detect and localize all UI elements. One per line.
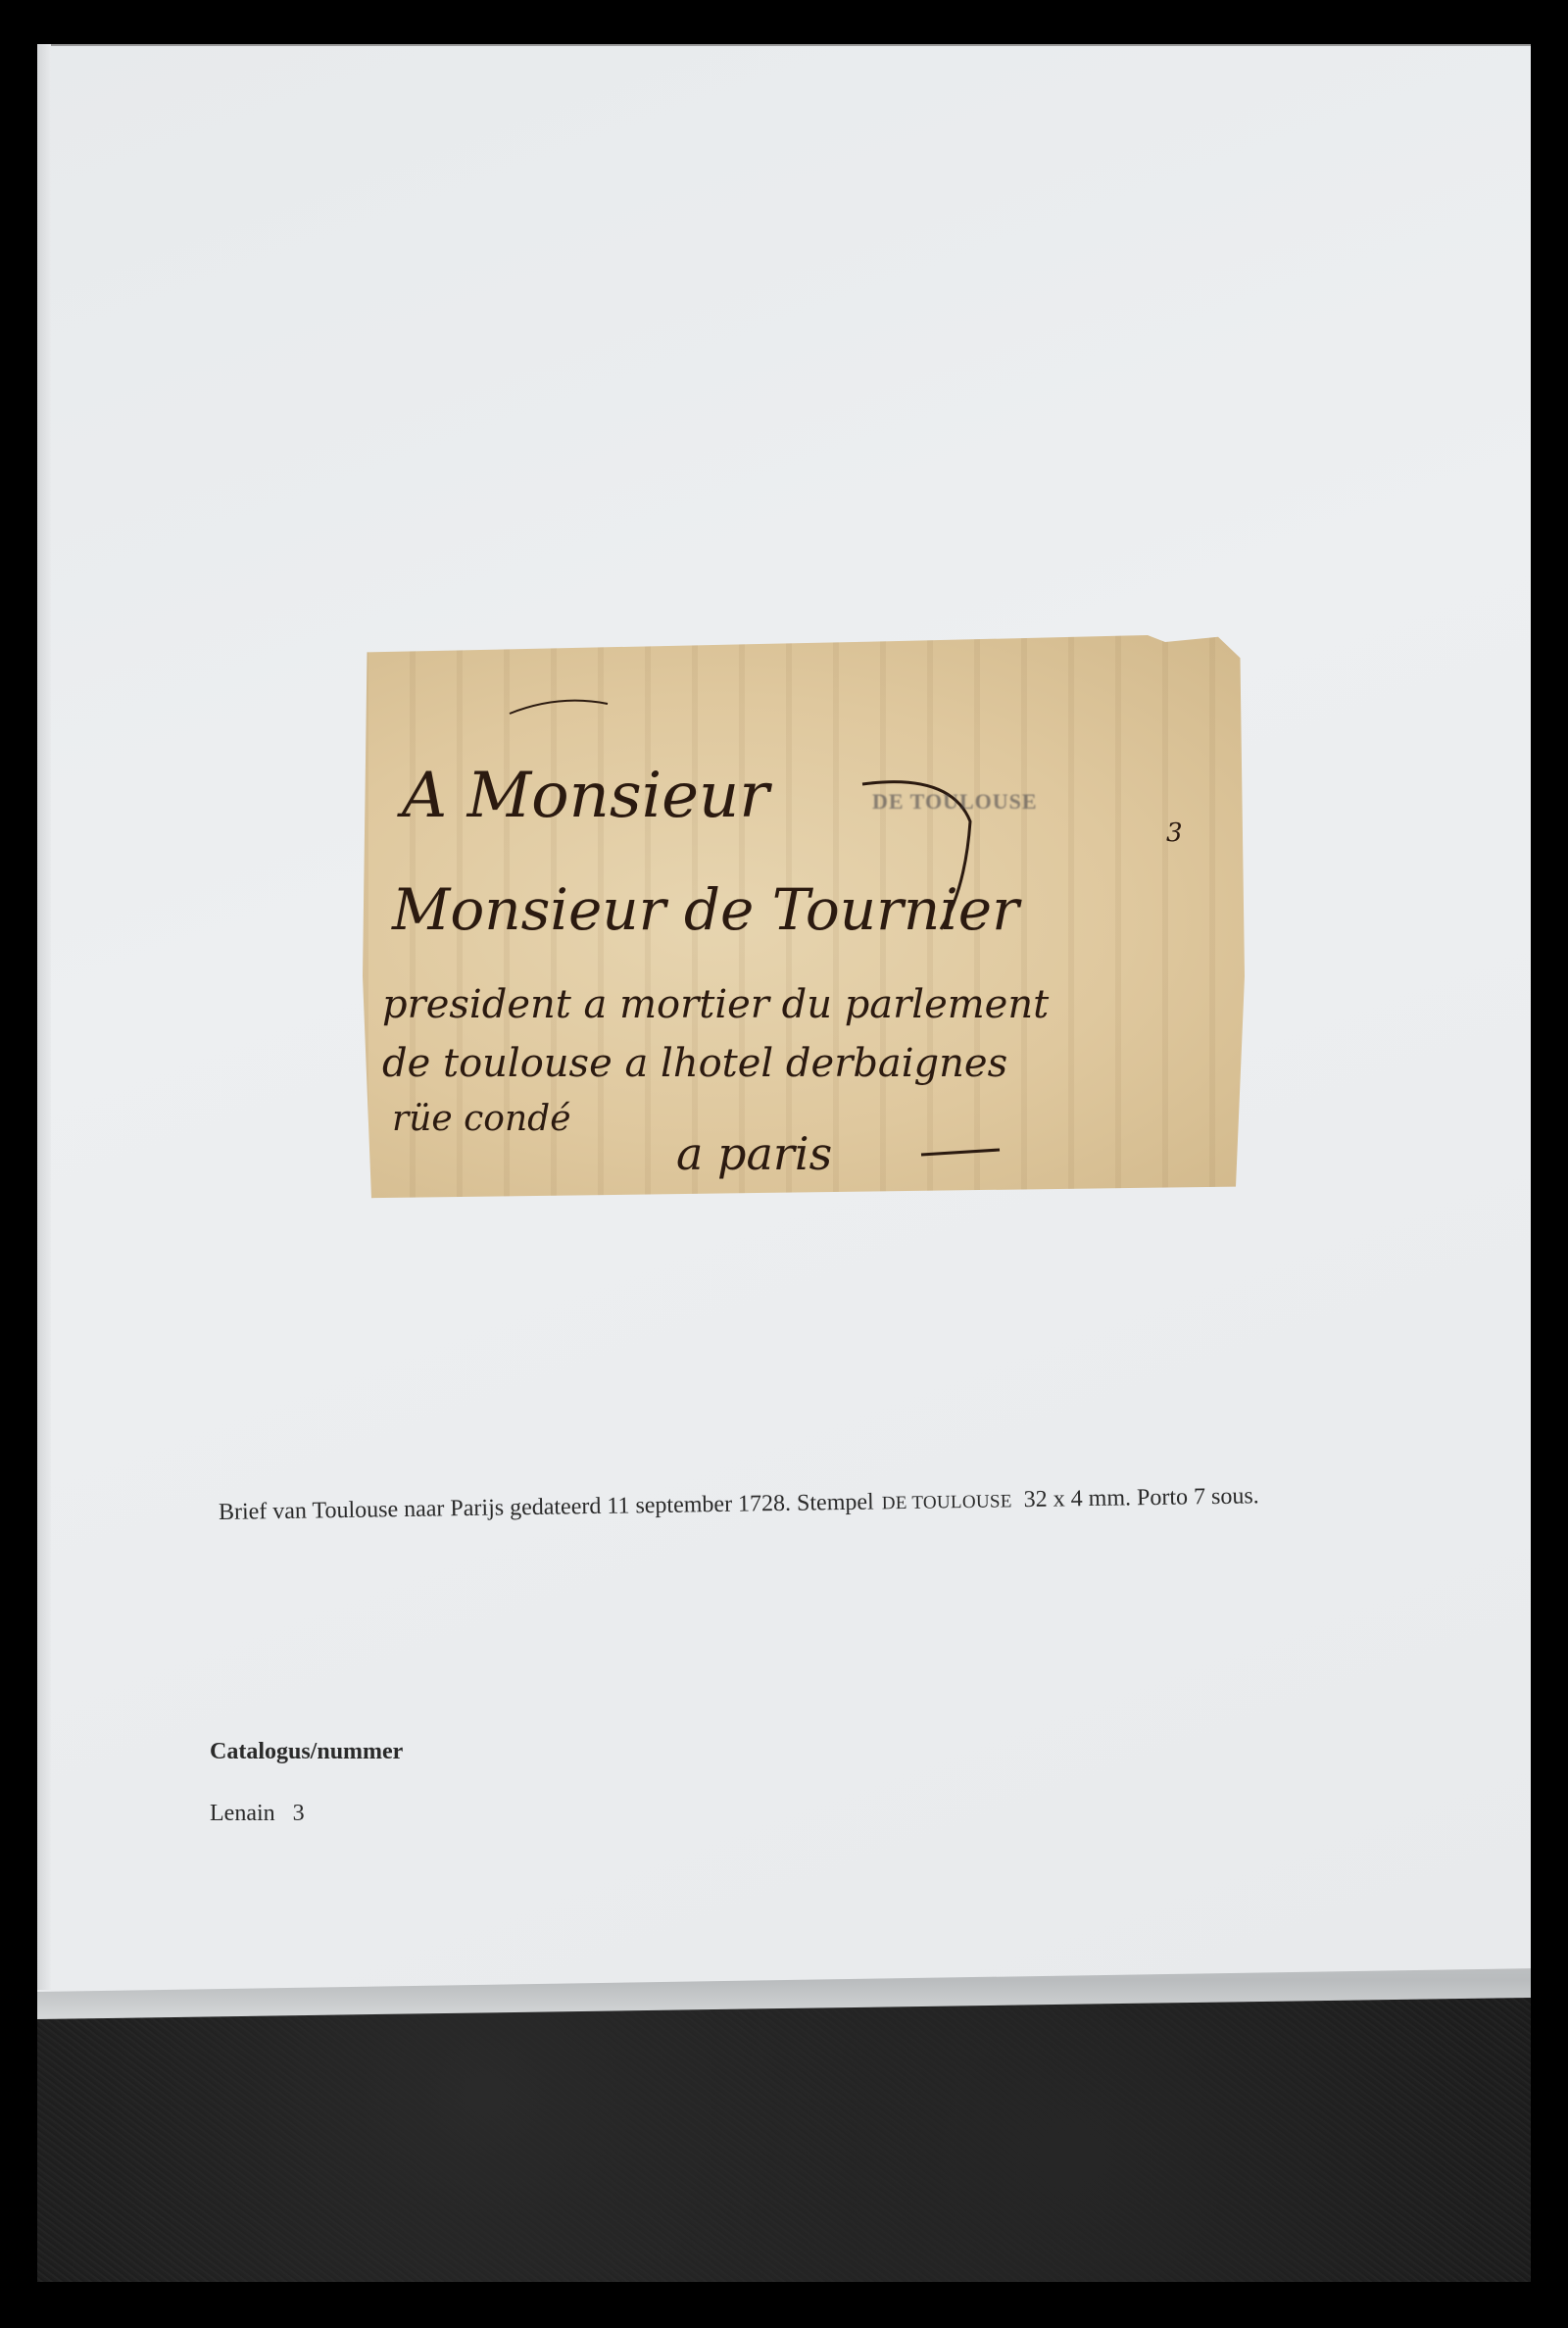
address-line-4: de toulouse a lhotel derbaignes: [382, 1041, 1007, 1086]
address-line-5: rüe condé: [392, 1099, 571, 1139]
catalogue-value: Lenain 3: [210, 1801, 305, 1827]
postal-stamp-de-toulouse: DE TOULOUSE: [872, 789, 1038, 815]
letter-cover: A Monsieur Monsieur de Tournier presiden…: [363, 635, 1245, 1204]
rate-mark: 3: [1166, 818, 1183, 848]
page-left-edge: [37, 44, 51, 1990]
address-line-6: a paris: [676, 1127, 832, 1180]
caption-dimensions: 32 x 4 mm. Porto 7 sous.: [1023, 1483, 1258, 1512]
caption-stamp-name: DE TOULOUSE: [882, 1491, 1012, 1513]
address-line-3: president a mortier du parlement: [382, 982, 1050, 1027]
address-line-1: A Monsieur: [397, 760, 772, 832]
address-line-2: Monsieur de Tournier: [391, 876, 1022, 943]
catalogue-label: Catalogus/nummer: [210, 1739, 403, 1765]
handwritten-address: A Monsieur Monsieur de Tournier presiden…: [363, 635, 1245, 1204]
background-carpet: [37, 1970, 1531, 2282]
